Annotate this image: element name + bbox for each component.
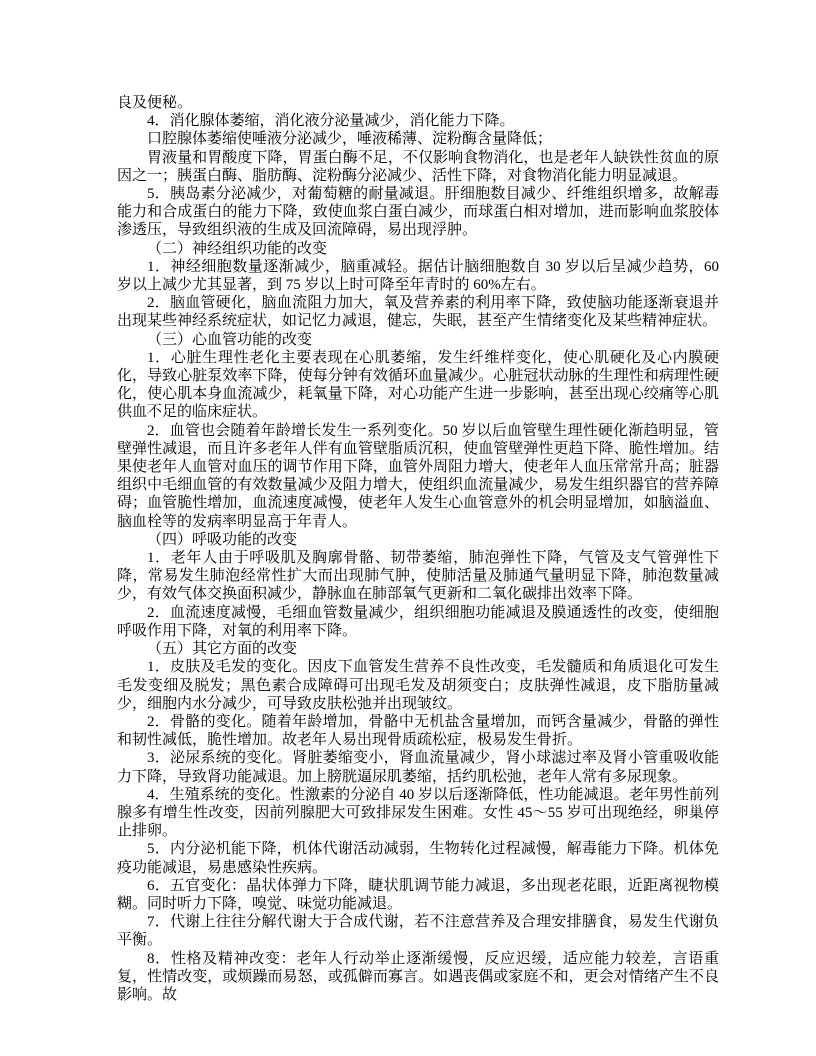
paragraph: 4．生殖系统的变化。性激素的分泌自 40 岁以后逐渐降低，性功能减退。老年男性前…	[117, 786, 719, 841]
paragraph: （四）呼吸功能的改变	[117, 531, 719, 549]
paragraph: （三）心血管功能的改变	[117, 331, 719, 349]
paragraph: 8．性格及精神改变：老年人行动举止逐渐缓慢，反应迟缓，适应能力较差，言语重复，性…	[117, 950, 719, 1005]
paragraph: 5．胰岛素分泌减少，对葡萄糖的耐量减退。肝细胞数目减少、纤维组织增多，故解毒能力…	[117, 185, 719, 240]
paragraph: 口腔腺体萎缩使唾液分泌减少，唾液稀薄、淀粉酶含量降低；	[117, 130, 719, 148]
paragraph: 1．神经细胞数量逐渐减少，脑重减轻。据估计脑细胞数自 30 岁以后呈减少趋势，6…	[117, 258, 719, 294]
paragraph: 7．代谢上往往分解代谢大于合成代谢，若不注意营养及合理安排膳食，易发生代谢负平衡…	[117, 913, 719, 949]
paragraph: 1．老年人由于呼吸肌及胸廓骨骼、韧带萎缩，肺泡弹性下降，气管及支气管弹性下降，常…	[117, 549, 719, 604]
paragraph: 2．脑血管硬化，脑血流阻力加大，氧及营养素的利用率下降，致使脑功能逐渐衰退并出现…	[117, 294, 719, 330]
paragraph: 2．血流速度减慢，毛细血管数量减少，组织细胞功能减退及膜通透性的改变，使细胞呼吸…	[117, 604, 719, 640]
paragraph: 2．骨骼的变化。随着年龄增加，骨骼中无机盐含量增加，而钙含量减少，骨骼的弹性和韧…	[117, 713, 719, 749]
document-sheet: 良及便秘。4．消化腺体萎缩，消化液分泌量减少，消化能力下降。口腔腺体萎缩使唾液分…	[0, 0, 816, 1056]
paragraph: 4．消化腺体萎缩，消化液分泌量减少，消化能力下降。	[117, 112, 719, 130]
document-text-block: 良及便秘。4．消化腺体萎缩，消化液分泌量减少，消化能力下降。口腔腺体萎缩使唾液分…	[117, 94, 719, 1004]
paragraph: 胃液量和胃酸度下降，胃蛋白酶不足，不仅影响食物消化，也是老年人缺铁性贫血的原因之…	[117, 149, 719, 185]
paragraph: 3．泌尿系统的变化。肾脏萎缩变小，肾血流量减少，肾小球滤过率及肾小管重吸收能力下…	[117, 749, 719, 785]
paragraph: 1．心脏生理性老化主要表现在心肌萎缩，发生纤维样变化，使心肌硬化及心内膜硬化，导…	[117, 349, 719, 422]
paragraph: （五）其它方面的改变	[117, 640, 719, 658]
paragraph: （二）神经组织功能的改变	[117, 240, 719, 258]
paragraph: 2．血管也会随着年龄增长发生一系列变化。50 岁以后血管壁生理性硬化渐趋明显，管…	[117, 422, 719, 531]
paragraph: 良及便秘。	[117, 94, 719, 112]
paragraph: 6．五官变化：晶状体弹力下降，睫状肌调节能力减退，多出现老花眼，近距离视物模糊。…	[117, 877, 719, 913]
paragraph: 1．皮肤及毛发的变化。因皮下血管发生营养不良性改变，毛发髓质和角质退化可发生毛发…	[117, 658, 719, 713]
paragraph: 5．内分泌机能下降，机体代谢活动减弱，生物转化过程减慢，解毒能力下降。机体免疫功…	[117, 840, 719, 876]
